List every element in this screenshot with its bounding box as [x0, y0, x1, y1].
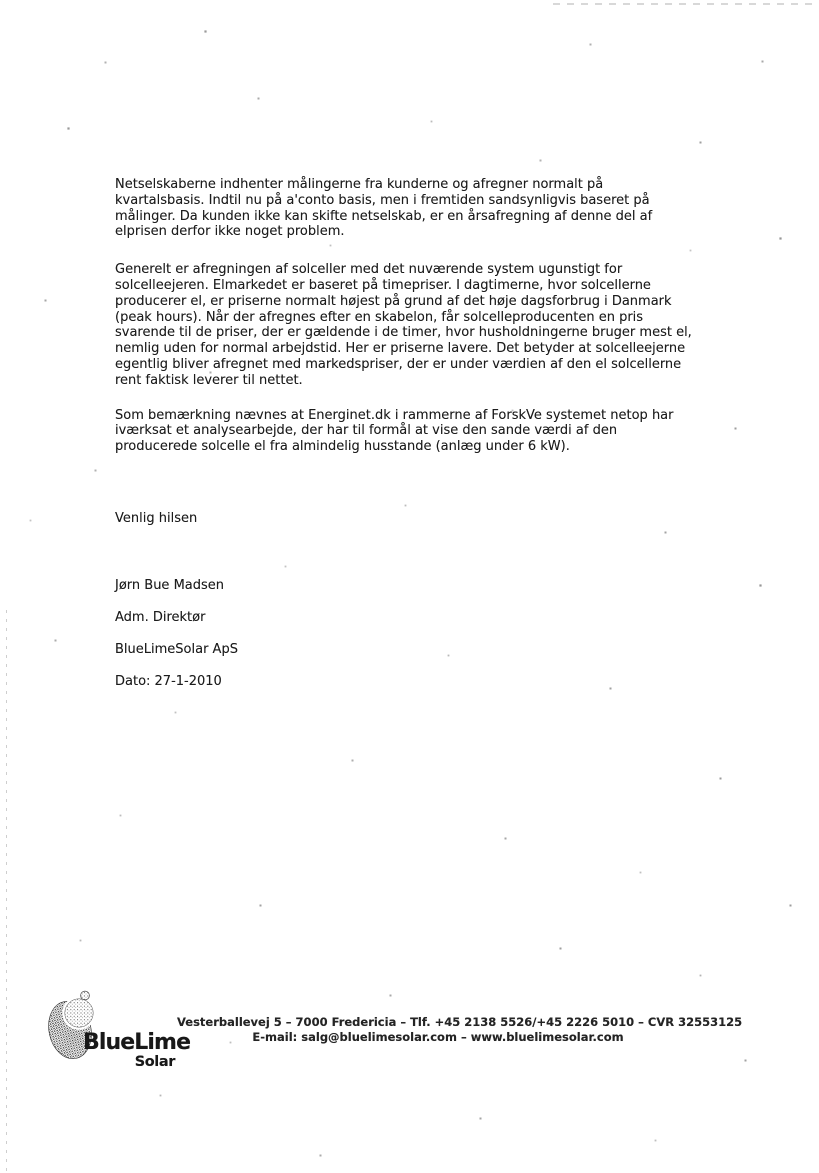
- signature-title: Adm. Direktør: [115, 610, 729, 626]
- signature-date: Dato: 27-1-2010: [115, 674, 729, 690]
- letter-body: Netselskaberne indhenter målingerne fra …: [115, 177, 729, 706]
- logo-sub-text: Solar: [83, 1054, 175, 1070]
- paragraph: Generelt er afregningen af solceller med…: [115, 262, 729, 388]
- paragraph: Netselskaberne indhenter målingerne fra …: [115, 177, 729, 240]
- scan-edge-artifact: [553, 3, 819, 5]
- scan-edge-artifact: [6, 610, 7, 1173]
- logo-brand-text: BlueLime: [83, 1030, 190, 1055]
- paragraph: Som bemærkning nævnes at Energinet.dk i …: [115, 408, 729, 455]
- signature-name: Jørn Bue Madsen: [115, 578, 729, 594]
- scan-noise-specks: [0, 0, 1, 1]
- closing-salutation: Venlig hilsen: [115, 511, 729, 527]
- signature-block: Jørn Bue Madsen Adm. Direktør BlueLimeSo…: [115, 562, 729, 706]
- signature-company: BlueLimeSolar ApS: [115, 642, 729, 658]
- footer-contact: Vesterballevej 5 – 7000 Fredericia – Tlf…: [177, 1015, 699, 1045]
- footer-address-line: Vesterballevej 5 – 7000 Fredericia – Tlf…: [177, 1015, 699, 1030]
- footer-email-line: E-mail: salg@bluelimesolar.com – www.blu…: [177, 1030, 699, 1045]
